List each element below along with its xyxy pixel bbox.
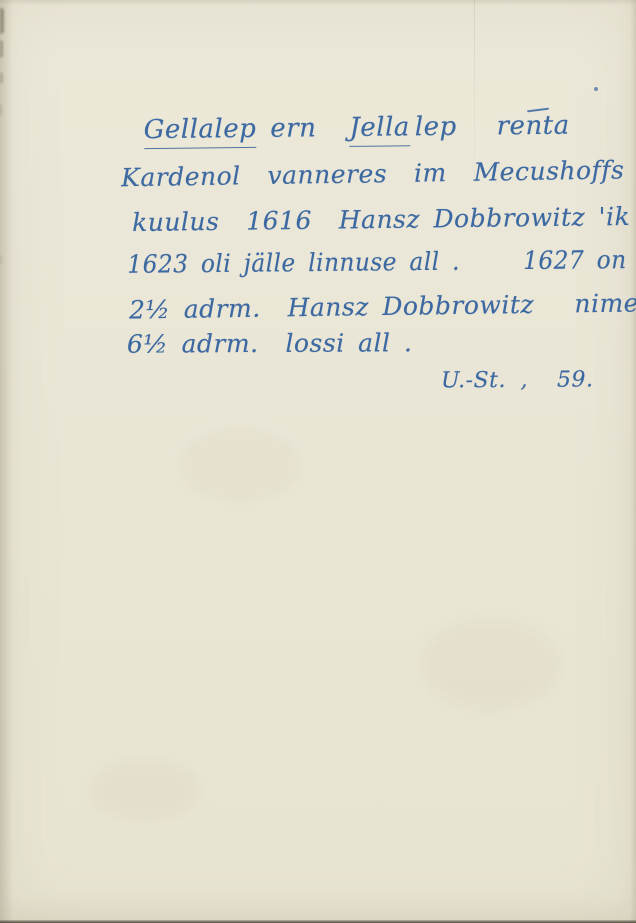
line-6-text: 6½ adrm. lossi all .	[127, 328, 413, 358]
source-citation: U.-St. , 59.	[412, 342, 594, 394]
scan-edge-top	[0, 0, 636, 5]
binding-smudge	[0, 8, 4, 34]
scan-edge-left	[0, 0, 13, 923]
binding-smudge	[0, 72, 3, 84]
citation-text: U.-St. , 59.	[441, 368, 593, 394]
paper-blotch	[180, 430, 300, 500]
scanned-archive-card: { "document": { "kind": "handwritten arc…	[0, 0, 636, 923]
handwriting-line-6: 6½ adrm. lossi all .	[100, 300, 413, 359]
paper-blotch	[420, 620, 560, 710]
ink-dot	[594, 87, 598, 91]
binding-smudge	[0, 104, 2, 116]
paper-blotch	[90, 760, 200, 820]
binding-smudge	[0, 255, 2, 265]
binding-smudge	[0, 40, 3, 58]
